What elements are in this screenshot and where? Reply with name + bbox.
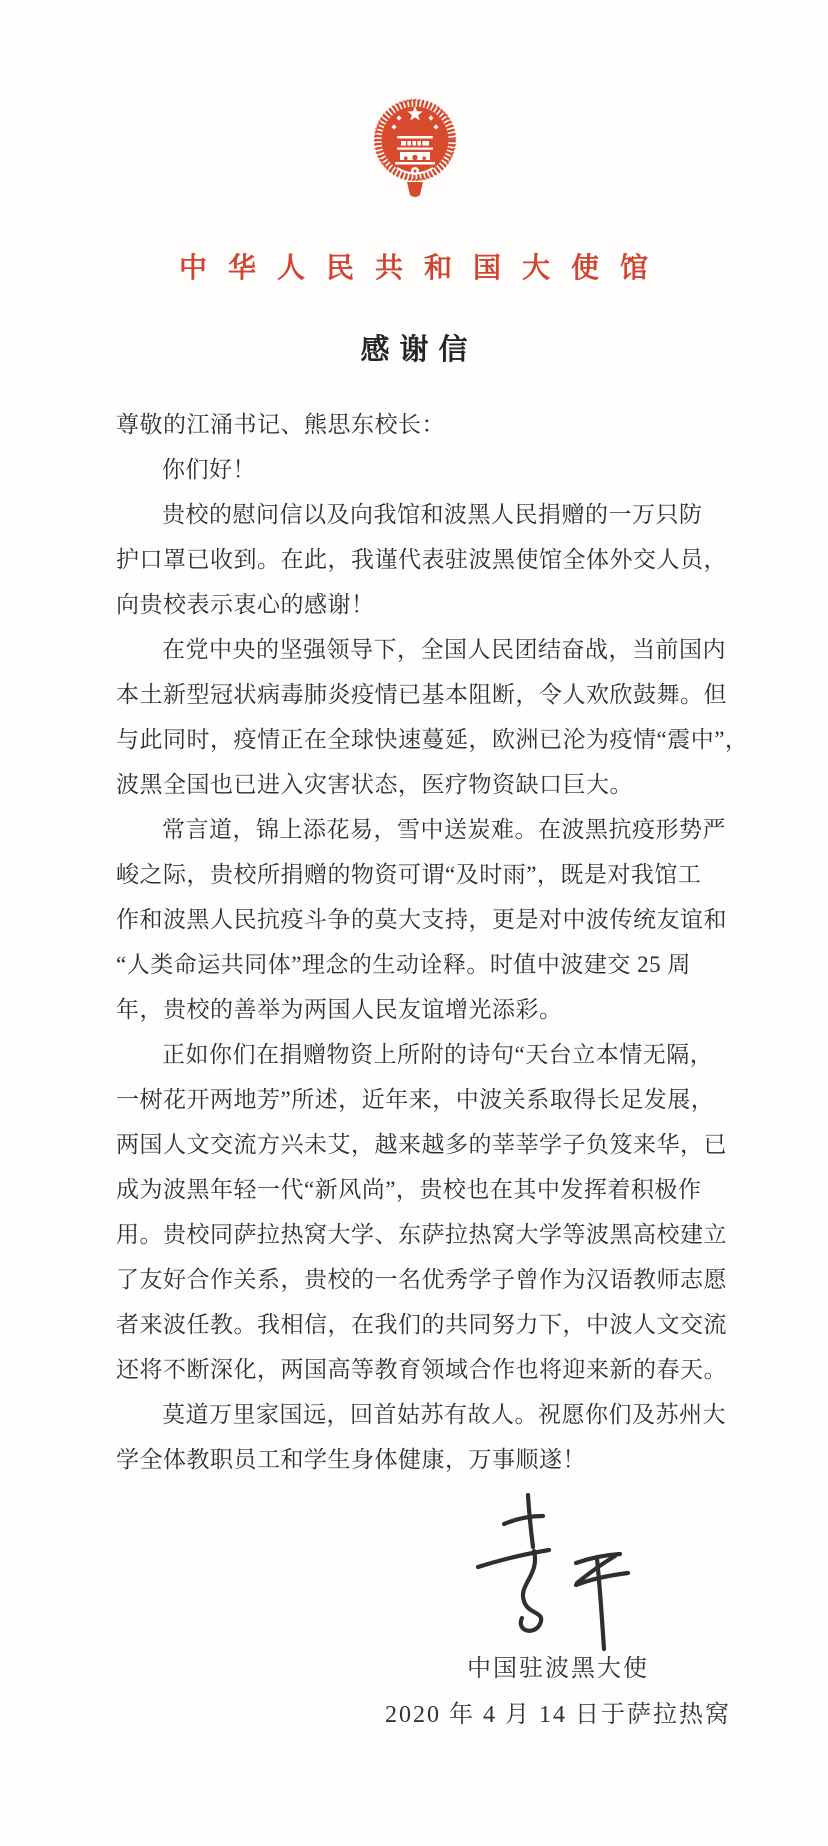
closing-block: 中国驻波黑大使 2020 年 4 月 14 日于萨拉热窝 bbox=[348, 1646, 768, 1738]
letter-line: 你们好！ bbox=[116, 447, 736, 492]
letter-line: 作和波黑人民抗疫斗争的莫大支持，更是对中波传统友谊和 bbox=[116, 897, 736, 942]
letter-line: 本土新型冠状病毒肺炎疫情已基本阻断，令人欢欣鼓舞。但 bbox=[116, 672, 736, 717]
letter-line: 峻之际，贵校所捐赠的物资可谓“及时雨”，既是对我馆工 bbox=[116, 852, 736, 897]
letter-line: 波黑全国也已进入灾害状态，医疗物资缺口巨大。 bbox=[116, 762, 736, 807]
letter-line: 用。贵校同萨拉热窝大学、东萨拉热窝大学等波黑高校建立 bbox=[116, 1212, 736, 1257]
letter-line: 尊敬的江涌书记、熊思东校长： bbox=[116, 402, 736, 447]
embassy-name: 中华人民共和国大使馆 bbox=[10, 246, 828, 286]
letter-line: “人类命运共同体”理念的生动诠释。时值中波建交 25 周 bbox=[116, 942, 736, 987]
letter-line: 两国人文交流方兴未艾，越来越多的莘莘学子负笈来华，已 bbox=[116, 1122, 736, 1167]
prc-national-emblem-icon bbox=[371, 94, 459, 200]
date-place-line: 2020 年 4 月 14 日于萨拉热窝 bbox=[348, 1692, 768, 1738]
letter-line: 成为波黑年轻一代“新风尚”，贵校也在其中发挥着积极作 bbox=[116, 1167, 736, 1212]
letter-line: 与此同时，疫情正在全球快速蔓延，欧洲已沦为疫情“震中”， bbox=[116, 717, 736, 762]
letter-line: 向贵校表示衷心的感谢！ bbox=[116, 582, 736, 627]
letter-line: 学全体教职员工和学生身体健康，万事顺遂！ bbox=[116, 1437, 736, 1482]
letter-line: 一树花开两地芳”所述，近年来，中波关系取得长足发展， bbox=[116, 1077, 736, 1122]
letter-title: 感谢信 bbox=[5, 327, 828, 368]
letter-line: 在党中央的坚强领导下，全国人民团结奋战，当前国内 bbox=[116, 627, 736, 672]
letter-line: 了友好合作关系，贵校的一名优秀学子曾作为汉语教师志愿 bbox=[116, 1257, 736, 1302]
letter-line: 者来波任教。我相信，在我们的共同努力下，中波人文交流 bbox=[116, 1302, 736, 1347]
letter-line: 年，贵校的善举为两国人民友谊增光添彩。 bbox=[116, 987, 736, 1032]
letter-line: 正如你们在捐赠物资上所附的诗句“天台立本情无隔， bbox=[116, 1032, 736, 1077]
letter-line: 护口罩已收到。在此，我谨代表驻波黑使馆全体外交人员， bbox=[116, 537, 736, 582]
letter-line: 还将不断深化，两国高等教育领域合作也将迎来新的春天。 bbox=[116, 1347, 736, 1392]
handwritten-signature bbox=[450, 1487, 660, 1657]
letter-body: 尊敬的江涌书记、熊思东校长：你们好！贵校的慰问信以及向我馆和波黑人民捐赠的一万只… bbox=[116, 402, 736, 1482]
letter-line: 常言道，锦上添花易，雪中送炭难。在波黑抗疫形势严 bbox=[116, 807, 736, 852]
letter-line: 莫道万里家国远，回首姑苏有故人。祝愿你们及苏州大 bbox=[116, 1392, 736, 1437]
letter-line: 贵校的慰问信以及向我馆和波黑人民捐赠的一万只防 bbox=[116, 492, 736, 537]
letter-page: 中华人民共和国大使馆 感谢信 尊敬的江涌书记、熊思东校长：你们好！贵校的慰问信以… bbox=[0, 0, 828, 1846]
signer-title: 中国驻波黑大使 bbox=[348, 1646, 768, 1692]
